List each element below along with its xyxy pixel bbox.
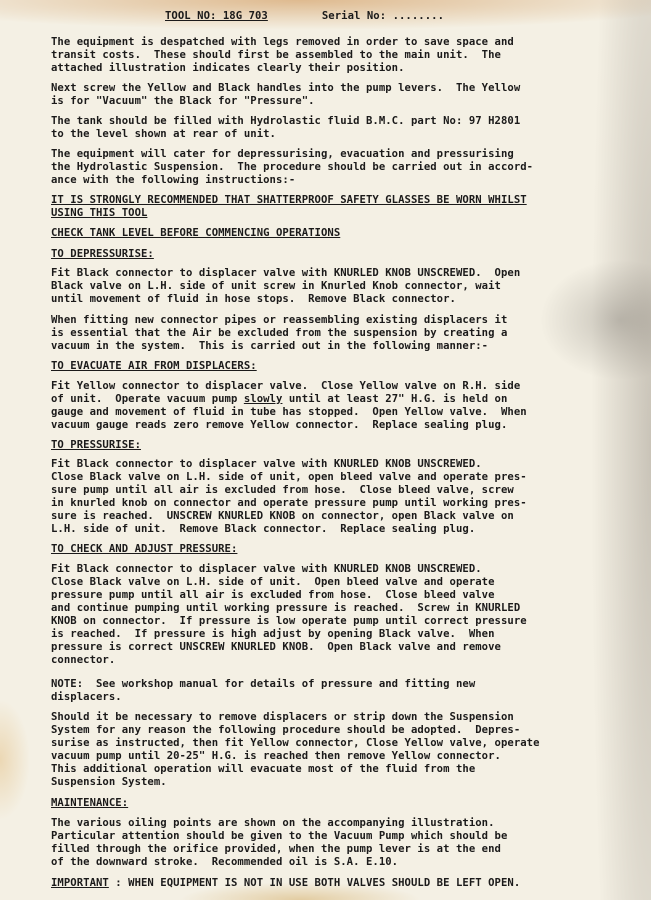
strip-down-line: System for any reason the following proc… <box>51 724 520 737</box>
scanned-page: TOOL NO: 18G 703Serial No: ........ The … <box>0 0 651 900</box>
pressurise-line: Close Black valve on L.H. side of unit, … <box>51 471 527 484</box>
strip-down-line: Should it be necessary to remove displac… <box>51 711 514 724</box>
evacuate-text: of unit. Operate vacuum pump <box>51 393 244 405</box>
check-adjust-line: pressure pump until all air is excluded … <box>51 589 495 602</box>
note-line: NOTE: See workshop manual for details of… <box>51 678 475 691</box>
strip-down-line: Suspension System. <box>51 776 167 789</box>
serial-number: Serial No: ........ <box>322 10 444 22</box>
check-adjust-line: KNOB on connector. If pressure is low op… <box>51 615 527 628</box>
paragraph-cater-line: the Hydrolastic Suspension. The procedur… <box>51 161 533 174</box>
maintenance-line: Particular attention should be given to … <box>51 830 507 843</box>
evacuate-line: gauge and movement of fluid in tube has … <box>51 406 527 419</box>
pressurise-line: sure is reached. UNSCREW KNURLED KNOB on… <box>51 510 514 523</box>
maintenance-line: The various oiling points are shown on t… <box>51 817 495 830</box>
paragraph-intro-line: transit costs. These should first be ass… <box>51 49 501 62</box>
depressurise-line: Fit Black connector to displacer valve w… <box>51 267 520 280</box>
important-text: : WHEN EQUIPMENT IS NOT IN USE BOTH VALV… <box>109 877 520 889</box>
strip-down-line: vacuum pump until 20-25" H.G. is reached… <box>51 750 501 763</box>
strip-down-line: This additional operation will evacuate … <box>51 763 475 776</box>
maintenance-line: filled through the orifice provided, whe… <box>51 843 501 856</box>
paragraph-tank-line: to the level shown at rear of unit. <box>51 128 276 141</box>
important-notice: IMPORTANT : WHEN EQUIPMENT IS NOT IN USE… <box>51 877 520 890</box>
check-tank-notice: CHECK TANK LEVEL BEFORE COMMENCING OPERA… <box>51 227 340 240</box>
strip-down-line: surise as instructed, then fit Yellow co… <box>51 737 540 750</box>
paragraph-handles-line: is for "Vacuum" the Black for "Pressure"… <box>51 95 315 108</box>
pressurise-line: sure pump until all air is excluded from… <box>51 484 514 497</box>
air-exclusion-line: vacuum in the system. This is carried ou… <box>51 340 488 353</box>
check-adjust-line: Close Black valve on L.H. side of unit. … <box>51 576 495 589</box>
check-adjust-line: Fit Black connector to displacer valve w… <box>51 563 482 576</box>
check-adjust-line: and continue pumping until working press… <box>51 602 520 615</box>
pressurise-line: in knurled knob on connector and operate… <box>51 497 527 510</box>
air-exclusion-line: When fitting new connector pipes or reas… <box>51 314 507 327</box>
maintenance-line: of the downward stroke. Recommended oil … <box>51 856 398 869</box>
check-adjust-line: connector. <box>51 654 115 667</box>
pressurise-line: L.H. side of unit. Remove Black connecto… <box>51 523 475 536</box>
check-adjust-line: is reached. If pressure is high adjust b… <box>51 628 495 641</box>
paragraph-tank-line: The tank should be filled with Hydrolast… <box>51 115 520 128</box>
emphasis-slowly: slowly <box>244 393 283 405</box>
section-heading-check-adjust: TO CHECK AND ADJUST PRESSURE: <box>51 543 237 556</box>
depressurise-line: Black valve on L.H. side of unit screw i… <box>51 280 501 293</box>
paragraph-handles-line: Next screw the Yellow and Black handles … <box>51 82 520 95</box>
section-heading-evacuate: TO EVACUATE AIR FROM DISPLACERS: <box>51 360 257 373</box>
depressurise-line: until movement of fluid in hose stops. R… <box>51 293 456 306</box>
paragraph-cater-line: The equipment will cater for depressuris… <box>51 148 514 161</box>
safety-warning-line: USING THIS TOOL <box>51 207 147 220</box>
section-heading-pressurise: TO PRESSURISE: <box>51 439 141 452</box>
note-line: displacers. <box>51 691 122 704</box>
paragraph-cater-line: ance with the following instructions:- <box>51 174 295 187</box>
paragraph-intro-line: attached illustration indicates clearly … <box>51 62 405 75</box>
pressurise-line: Fit Black connector to displacer valve w… <box>51 458 482 471</box>
evacuate-text: until at least 27" H.G. is held on <box>282 393 507 405</box>
safety-warning-line: IT IS STRONGLY RECOMMENDED THAT SHATTERP… <box>51 194 527 207</box>
paragraph-intro-line: The equipment is despatched with legs re… <box>51 36 514 49</box>
evacuate-line: of unit. Operate vacuum pump slowly unti… <box>51 393 507 406</box>
important-label: IMPORTANT <box>51 877 109 889</box>
section-heading-maintenance: MAINTENANCE: <box>51 797 128 810</box>
tool-number: TOOL NO: 18G 703 <box>165 10 268 22</box>
check-adjust-line: pressure is correct UNSCREW KNURLED KNOB… <box>51 641 501 654</box>
document-header: TOOL NO: 18G 703Serial No: ........ <box>165 10 444 23</box>
section-heading-depressurise: TO DEPRESSURISE: <box>51 248 154 261</box>
evacuate-line: Fit Yellow connector to displacer valve.… <box>51 380 520 393</box>
air-exclusion-line: is essential that the Air be excluded fr… <box>51 327 507 340</box>
evacuate-line: vacuum gauge reads zero remove Yellow co… <box>51 419 507 432</box>
